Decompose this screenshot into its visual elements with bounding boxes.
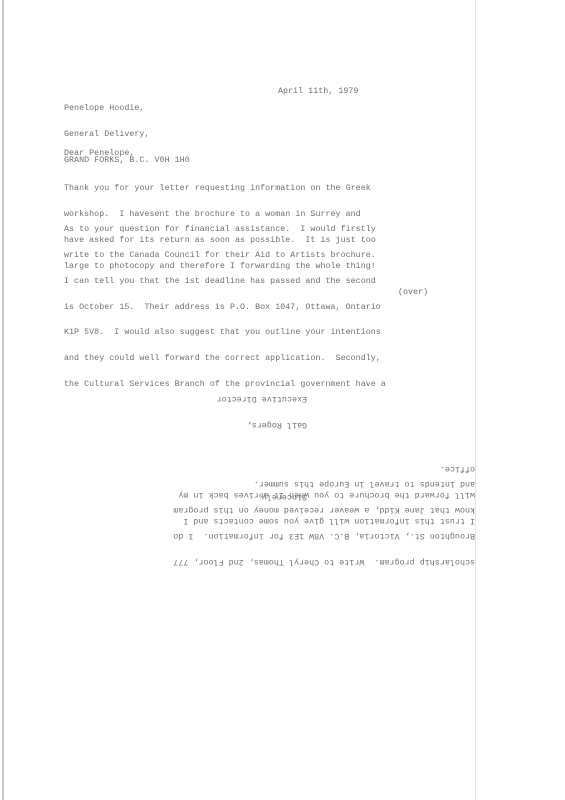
closing: Sincerely, bbox=[257, 491, 307, 500]
text-line: I trust this information will give you s… bbox=[178, 515, 475, 524]
signature-title: Executive Director bbox=[216, 393, 307, 402]
reverse-side-upside-down: scholarship program. Write to Cheryl Tho… bbox=[0, 0, 565, 800]
signature-name: Gail Rogers, bbox=[216, 419, 307, 428]
reverse-paragraph-2: I trust this information will give you s… bbox=[178, 446, 475, 541]
text-line: office. bbox=[178, 464, 475, 473]
text-line: will forward the brochure to you when it… bbox=[178, 489, 475, 498]
signature-block: Gail Rogers, Executive Director bbox=[216, 376, 307, 445]
text-line: scholarship program. Write to Cheryl Tho… bbox=[173, 556, 475, 565]
